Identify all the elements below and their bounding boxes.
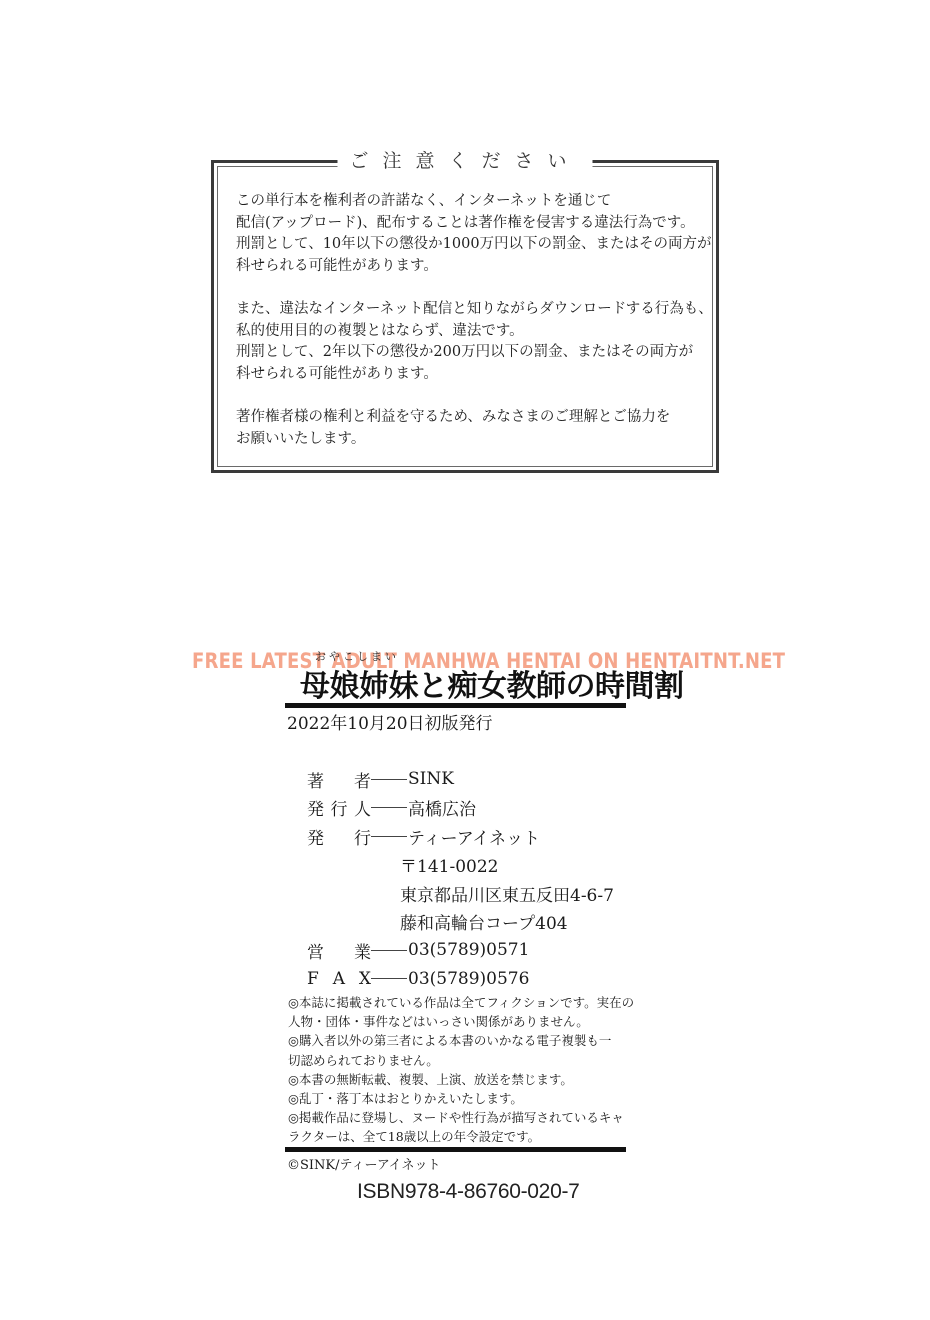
notice-paragraph-upload: この単行本を権利者の許諾なく、インターネットを通じて 配信(アップロード)、配布… [236,191,702,277]
publisher-address-line-1: 東京都品川区東五反田4-6-7 [307,879,647,908]
notice-line: 刑罰として、2年以下の懲役か200万円以下の罰金、またはその両方が [236,342,702,364]
colophon-bottom-divider [285,1147,626,1152]
sales-label: 営 業 [307,938,371,963]
disclaimer-line: 人物・団体・事件などはいっさい関係がありません。 [302,1012,638,1031]
notice-line: お願いいたします。 [236,429,702,451]
book-title: 母娘姉妹と痴女教師の時間割 [300,661,684,705]
notice-heading: ご注意ください [337,147,592,175]
colophon: 著 者 SINK 発 行 人 高橋広治 発 行 ティーアイネット 〒141-00… [307,765,647,993]
disclaimer-age: ◎掲載作品に登場し、ヌードや性行為が描写されているキャ ラクターは、全て18歳以… [288,1108,638,1146]
leader-dash [371,779,407,780]
notice-line: この単行本を権利者の許諾なく、インターネットを通じて [236,191,702,213]
publisher-address-line-2: 藤和高輪台コープ404 [307,908,647,937]
copyright-line: ©SINK/ティーアイネット [287,1154,441,1173]
disclaimer-fiction: ◎本誌に掲載されている作品は全てフィクションです。実在の 人物・団体・事件などは… [288,993,638,1031]
fax-number: 03(5789)0576 [408,969,529,989]
notice-line: 著作権者様の権利と利益を守るため、みなさまのご理解とご協力を [236,407,702,429]
publisher-person-label: 発 行 人 [307,795,371,820]
label-char: 営 [307,938,324,963]
colophon-fax: F A X 03(5789)0576 [307,965,647,994]
colophon-sales: 営 業 03(5789)0571 [307,936,647,965]
leader-dash [371,978,407,979]
sales-phone: 03(5789)0571 [408,940,529,960]
disclaimer-line: ◎購入者以外の第三者による本書のいかなる電子複製も一 [302,1031,638,1050]
notice-line: また、違法なインターネット配信と知りながらダウンロードする行為も、 [236,299,702,321]
leader-dash [371,836,407,837]
disclaimer-line: 切認められておりません。 [302,1051,638,1070]
disclaimer-line: ◎本書の無断転載、複製、上演、放送を禁じます。 [302,1070,638,1089]
label-char: F [307,969,319,989]
colophon-author: 著 者 SINK [307,765,647,794]
notice-paragraph-request: 著作権者様の権利と利益を守るため、みなさまのご理解とご協力を お願いいたします。 [236,407,702,450]
label-char: 著 [307,767,324,792]
disclaimer-defective-copies: ◎乱丁・落丁本はおとりかえいたします。 [288,1089,638,1108]
copyright-notice-box: ご注意ください この単行本を権利者の許諾なく、インターネットを通じて 配信(アッ… [211,160,719,473]
label-char: 発 [307,824,324,849]
disclaimer-line: ◎乱丁・落丁本はおとりかえいたします。 [302,1089,638,1108]
label-char: 発 [307,795,324,820]
disclaimer-line: ◎本誌に掲載されている作品は全てフィクションです。実在の [302,993,638,1012]
disclaimer-reproduction: ◎本書の無断転載、複製、上演、放送を禁じます。 [288,1070,638,1089]
label-char: 人 [354,795,371,820]
label-char: A [333,969,345,989]
label-char: X [359,969,371,989]
disclaimer-digital-copy: ◎購入者以外の第三者による本書のいかなる電子複製も一 切認められておりません。 [288,1031,638,1069]
publisher-postal-code: 〒141-0022 [307,851,647,880]
notice-paragraph-download: また、違法なインターネット配信と知りながらダウンロードする行為も、 私的使用目的… [236,299,702,385]
notice-line: 私的使用目的の複製とはならず、違法です。 [236,321,702,343]
publisher-label: 発 行 [307,824,371,849]
publisher-person-value: 高橋広治 [408,795,476,820]
author-label: 著 者 [307,767,371,792]
edition-date: 2022年10月20日初版発行 [287,709,493,734]
fax-label: F A X [307,969,371,989]
author-value: SINK [408,769,454,789]
leader-dash [371,950,407,951]
notice-line: 刑罰として、10年以下の懲役か1000万円以下の罰金、またはその両方が [236,234,702,256]
notice-line: 科せられる可能性があります。 [236,256,702,278]
leader-dash [371,807,407,808]
isbn: ISBN978-4-86760-020-7 [357,1180,580,1204]
label-char: 行 [354,824,371,849]
disclaimer-line: ラクターは、全て18歳以上の年令設定です。 [302,1127,638,1146]
label-char: 者 [354,767,371,792]
publisher-value: ティーアイネット [408,824,540,849]
label-char: 行 [331,795,348,820]
colophon-publisher: 発 行 ティーアイネット [307,822,647,851]
notice-line: 科せられる可能性があります。 [236,364,702,386]
disclaimer-list: ◎本誌に掲載されている作品は全てフィクションです。実在の 人物・団体・事件などは… [288,993,638,1147]
disclaimer-line: ◎掲載作品に登場し、ヌードや性行為が描写されているキャ [302,1108,638,1127]
notice-body: この単行本を権利者の許諾なく、インターネットを通じて 配信(アップロード)、配布… [236,191,702,472]
notice-line: 配信(アップロード)、配布することは著作権を侵害する違法行為です。 [236,213,702,235]
colophon-publisher-person: 発 行 人 高橋広治 [307,794,647,823]
label-char: 業 [354,938,371,963]
